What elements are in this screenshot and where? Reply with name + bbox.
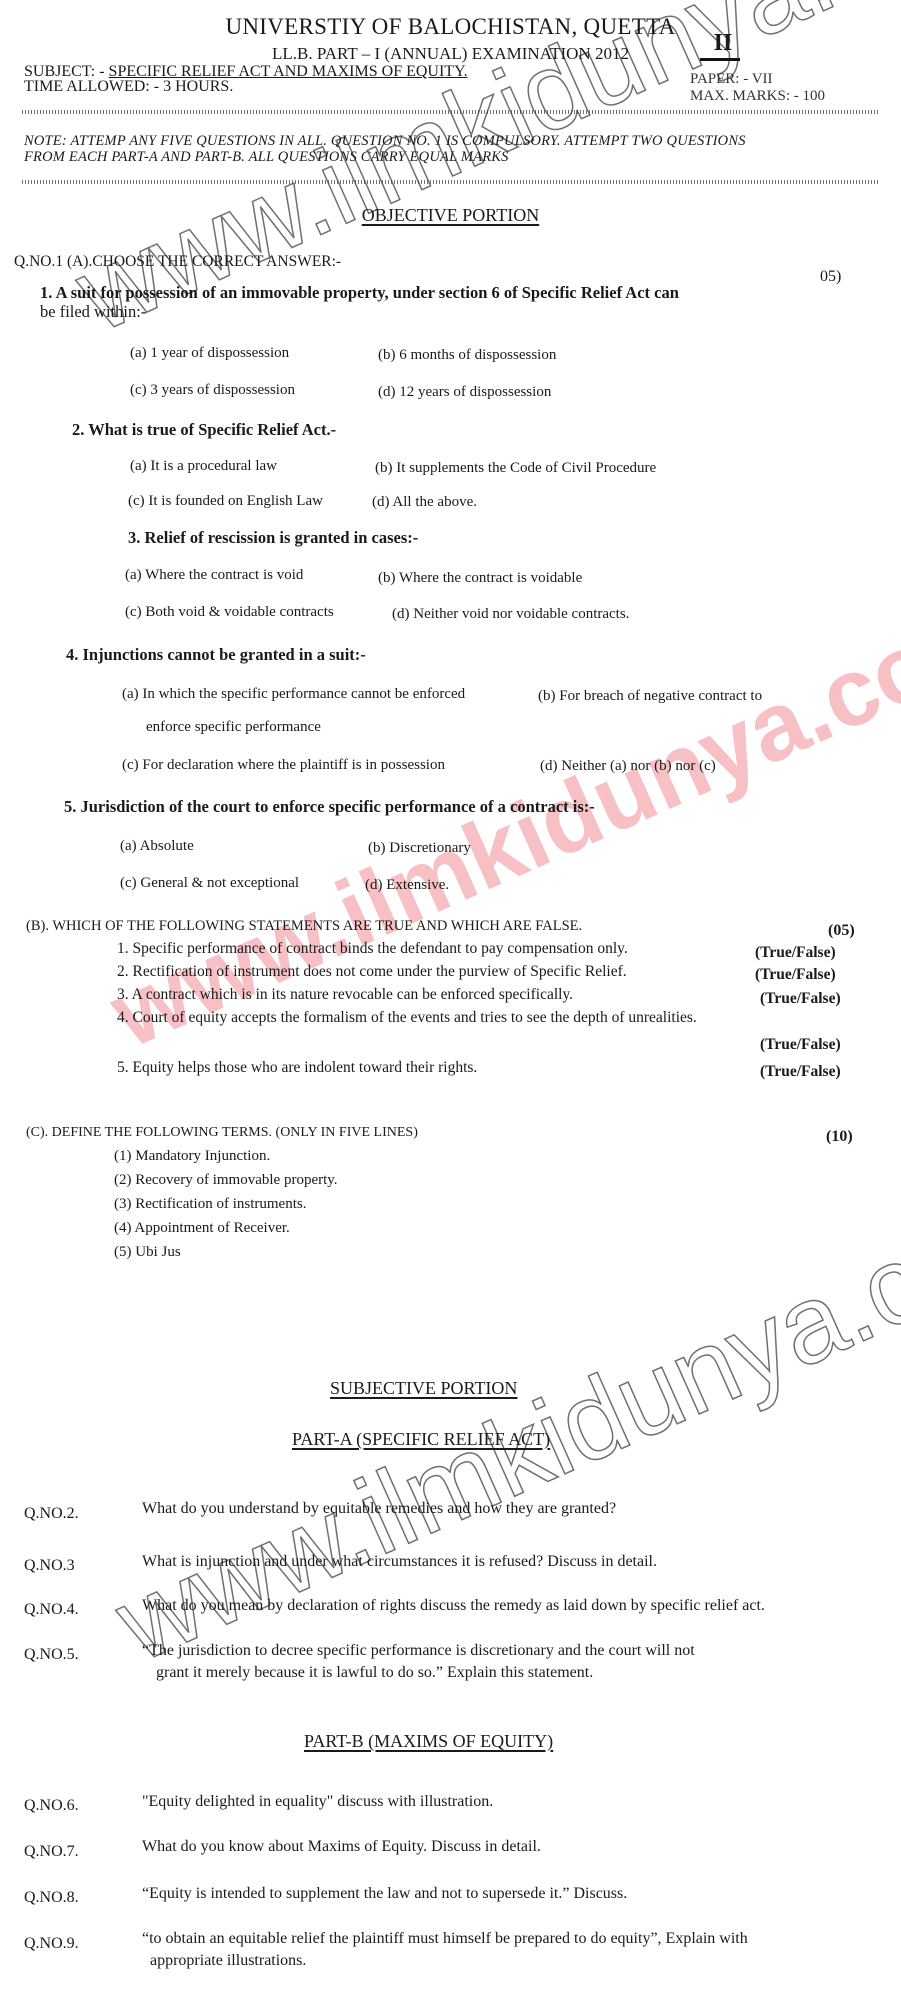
mcq-1-option-b: (b) 6 months of dispossession [378, 347, 556, 364]
time-allowed: TIME ALLOWED: - 3 HOURS. [24, 78, 233, 96]
subjective-title: SUBJECTIVE PORTION [330, 1378, 517, 1399]
note-line-2: FROM EACH PART-A AND PART-B. ALL QUESTIO… [24, 149, 509, 166]
term-4: (4) Appointment of Receiver. [114, 1220, 290, 1237]
mcq-4-option-d: (d) Neither (a) nor (b) nor (c) [540, 758, 716, 775]
mcq-3-option-c: (c) Both void & voidable contracts [125, 604, 334, 621]
exam-title: LL.B. PART – I (ANNUAL) EXAMINATION 2012 [0, 44, 901, 64]
mcq-5-text: 5. Jurisdiction of the court to enforce … [64, 797, 595, 817]
question-2: What do you understand by equitable reme… [142, 1500, 616, 1518]
part-b-heading: (B). WHICH OF THE FOLLOWING STATEMENTS A… [26, 918, 582, 935]
paper-number: PAPER: - VII [690, 71, 773, 88]
question-8: “Equity is intended to supplement the la… [142, 1885, 627, 1903]
mcq-1-option-c: (c) 3 years of dispossession [130, 382, 295, 399]
tf-statement-2: 2. Rectification of instrument does not … [117, 963, 627, 981]
tf-label-1: (True/False) [755, 944, 836, 962]
mcq-3-option-a: (a) Where the contract is void [125, 567, 303, 584]
question-9: “to obtain an equitable relief the plain… [142, 1930, 748, 1948]
qno-8: Q.NO.8. [24, 1889, 79, 1907]
part-b-subjective-title: PART-B (MAXIMS OF EQUITY) [304, 1731, 553, 1752]
mcq-4-option-b: (b) For breach of negative contract to [538, 688, 762, 705]
question-5: “The jurisdiction to decree specific per… [142, 1642, 695, 1660]
part-c-heading: (C). DEFINE THE FOLLOWING TERMS. (ONLY I… [26, 1125, 418, 1141]
tf-label-2: (True/False) [755, 966, 836, 984]
mcq-1-text-2: be filed within:- [40, 302, 146, 322]
question-9-cont: appropriate illustrations. [150, 1952, 306, 1970]
mcq-2-option-c: (c) It is founded on English Law [128, 493, 323, 510]
qno-6: Q.NO.6. [24, 1797, 79, 1815]
university-name: UNIVERSTIY OF BALOCHISTAN, QUETTA [0, 14, 901, 40]
qno-7: Q.NO.7. [24, 1843, 79, 1861]
mcq-4-option-a: (a) In which the specific performance ca… [122, 686, 465, 703]
term-2: (2) Recovery of immovable property. [114, 1172, 338, 1189]
paper-badge: II [705, 30, 741, 57]
mcq-3-text: 3. Relief of rescission is granted in ca… [128, 528, 418, 548]
divider-dots [22, 110, 878, 114]
term-3: (3) Rectification of instruments. [114, 1196, 306, 1213]
mcq-2-option-a: (a) It is a procedural law [130, 458, 277, 475]
tf-label-3: (True/False) [760, 990, 841, 1008]
mcq-5-option-c: (c) General & not exceptional [120, 875, 299, 892]
part-a-heading: Q.NO.1 (A).CHOOSE THE CORRECT ANSWER:- [14, 253, 341, 271]
mcq-1-option-d: (d) 12 years of dispossession [378, 384, 551, 401]
mcq-3-option-b: (b) Where the contract is voidable [378, 570, 582, 587]
mcq-4-option-b-cont: enforce specific performance [146, 719, 321, 736]
divider-dots [22, 180, 878, 184]
mcq-4-text: 4. Injunctions cannot be granted in a su… [66, 645, 366, 665]
tf-statement-3: 3. A contract which is in its nature rev… [117, 986, 573, 1004]
mcq-1-text: 1. A suit for possession of an immovable… [40, 283, 679, 303]
tf-statement-4: 4. Court of equity accepts the formalism… [117, 1009, 697, 1027]
term-1: (1) Mandatory Injunction. [114, 1148, 270, 1165]
mcq-4-option-c: (c) For declaration where the plaintiff … [122, 757, 445, 774]
tf-statement-5: 5. Equity helps those who are indolent t… [117, 1059, 477, 1077]
mcq-2-option-d: (d) All the above. [372, 494, 477, 511]
mcq-5-option-a: (a) Absolute [120, 838, 194, 855]
qno-4: Q.NO.4. [24, 1601, 79, 1619]
term-5: (5) Ubi Jus [114, 1244, 181, 1261]
mcq-5-option-b: (b) Discretionary [368, 840, 471, 857]
mcq-3-option-d: (d) Neither void nor voidable contracts. [392, 606, 629, 623]
tf-statement-1: 1. Specific performance of contract bind… [117, 940, 628, 958]
part-b-marks: (05) [828, 922, 855, 940]
question-6: "Equity delighted in equality" discuss w… [142, 1793, 493, 1811]
tf-label-5: (True/False) [760, 1063, 841, 1081]
part-a-marks: 05) [820, 268, 841, 286]
tf-label-4: (True/False) [760, 1036, 841, 1054]
part-c-marks: (10) [826, 1128, 853, 1146]
question-5-cont: grant it merely because it is lawful to … [156, 1664, 593, 1682]
qno-2: Q.NO.2. [24, 1505, 79, 1523]
qno-9: Q.NO.9. [24, 1935, 79, 1953]
qno-5: Q.NO.5. [24, 1646, 79, 1664]
mcq-1-option-a: (a) 1 year of dispossession [130, 345, 289, 362]
qno-3: Q.NO.3 [24, 1557, 75, 1575]
question-7: What do you know about Maxims of Equity.… [142, 1838, 541, 1856]
question-4: What do you mean by declaration of right… [142, 1597, 765, 1615]
question-3: What is injunction and under what circum… [142, 1553, 657, 1571]
part-a-subjective-title: PART-A (SPECIFIC RELIEF ACT) [292, 1429, 550, 1450]
note-line-1: NOTE: ATTEMP ANY FIVE QUESTIONS IN ALL. … [24, 133, 746, 150]
max-marks: MAX. MARKS: - 100 [690, 88, 825, 105]
objective-title: OBJECTIVE PORTION [0, 205, 901, 226]
mcq-2-option-b: (b) It supplements the Code of Civil Pro… [375, 460, 656, 477]
mcq-2-text: 2. What is true of Specific Relief Act.- [72, 420, 336, 440]
badge-underline [700, 58, 740, 61]
mcq-5-option-d: (d) Extensive. [365, 877, 449, 894]
